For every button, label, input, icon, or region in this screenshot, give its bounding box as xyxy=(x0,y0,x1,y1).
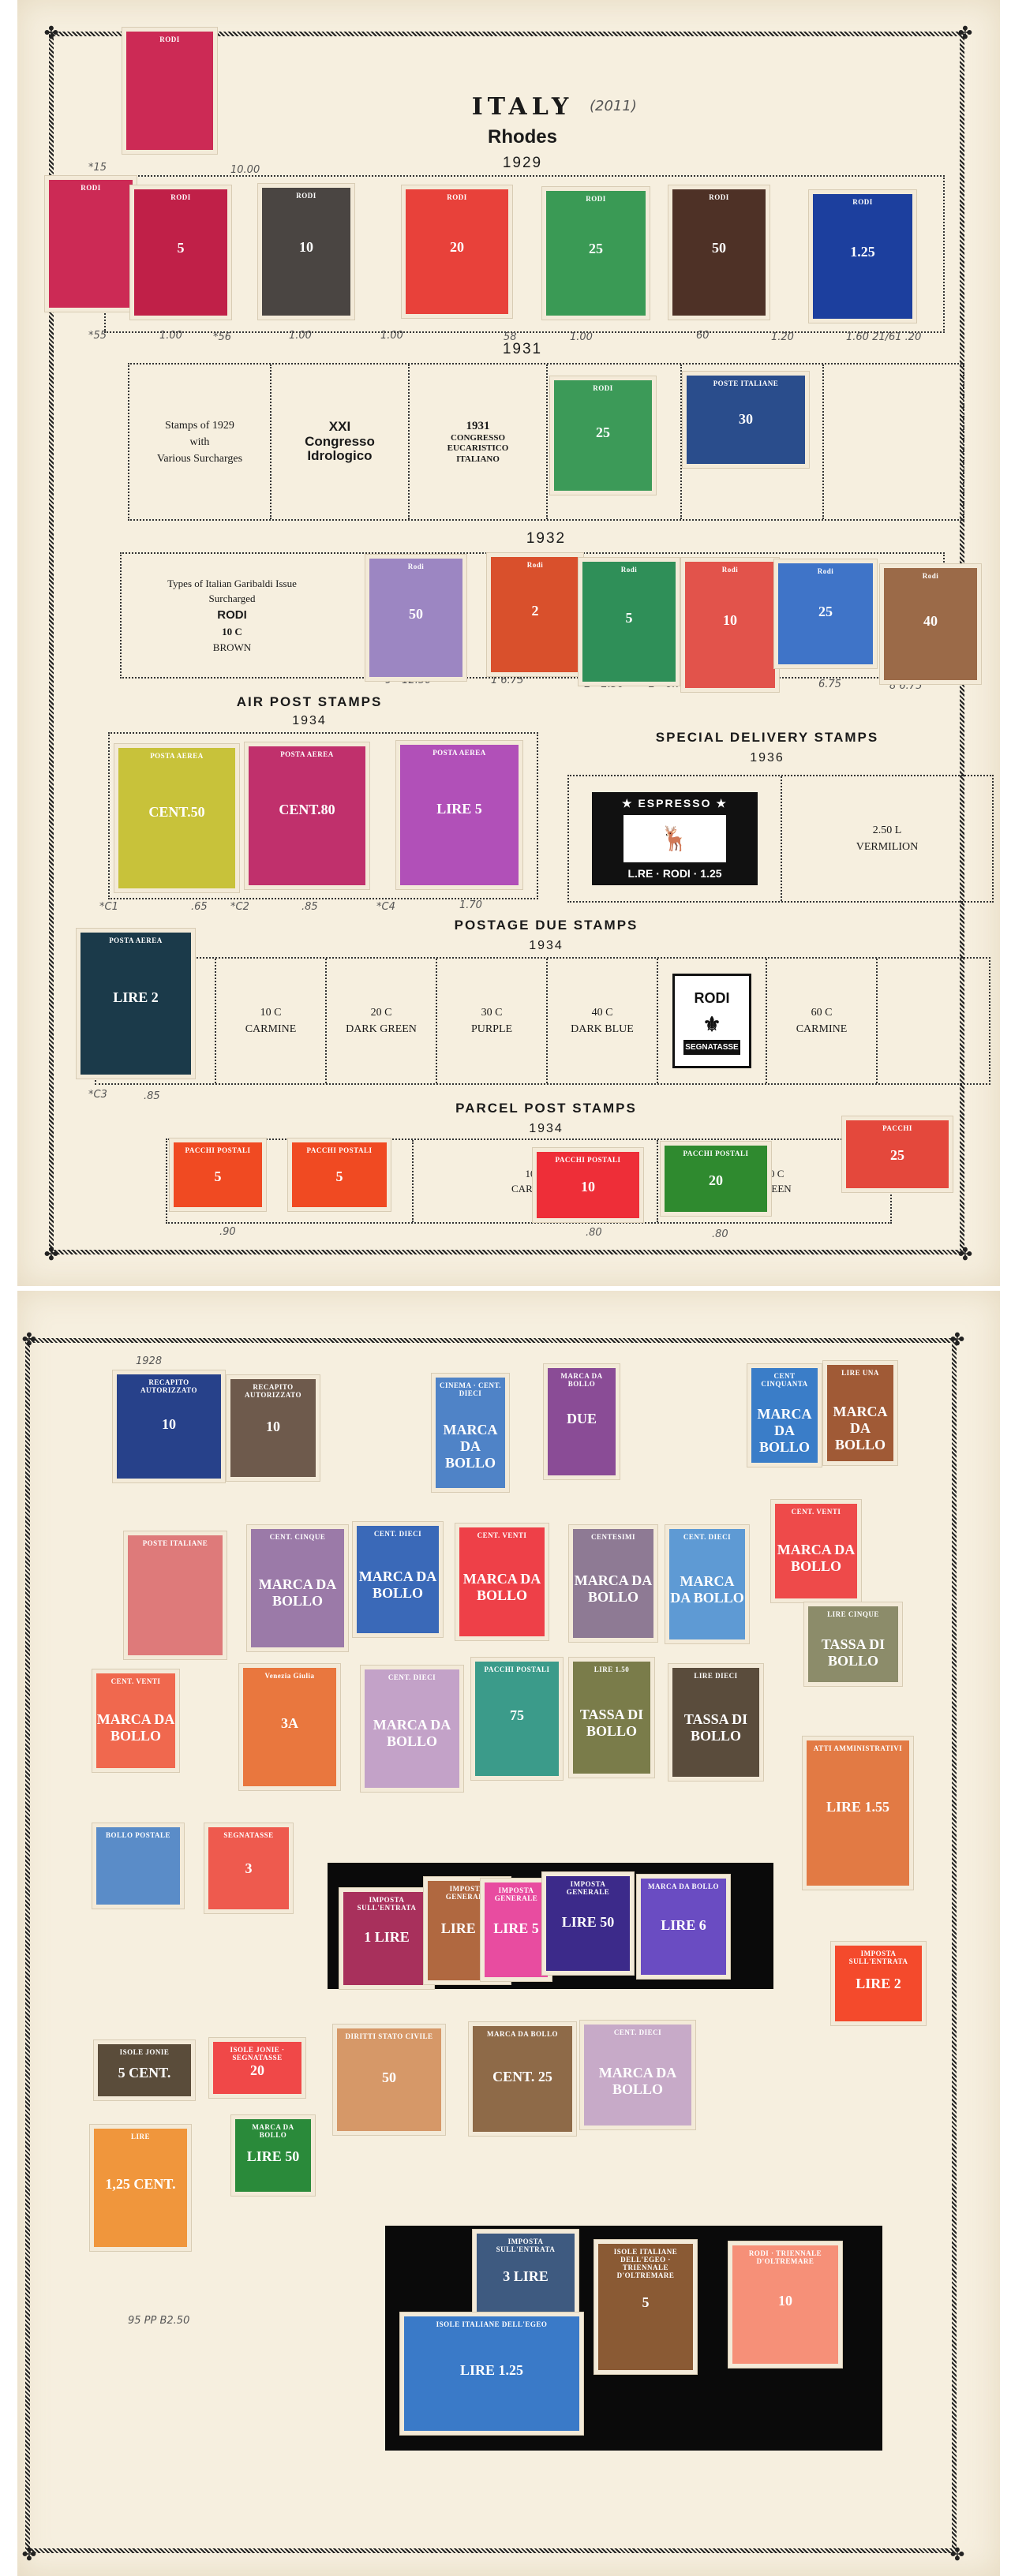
cell-text: DARK GREEN xyxy=(346,1021,417,1038)
cell-text: DARK BLUE xyxy=(571,1021,634,1038)
stamp-value: 10 xyxy=(262,239,350,256)
stamp-label: POSTA AEREA xyxy=(252,750,362,758)
stamp[interactable]: PACCHI POSTALI5 xyxy=(174,1142,262,1207)
stamp[interactable]: Rodi50 xyxy=(369,559,462,677)
stamp-label: Rodi xyxy=(373,563,459,570)
stamp-value: 5 xyxy=(598,2294,693,2311)
cell-text: XXI xyxy=(329,420,350,435)
stamp-value: 40 xyxy=(884,613,977,630)
stamp-label: POSTE ITALIANE xyxy=(690,379,802,387)
stamp-label: CENT. VENTI xyxy=(462,1531,541,1539)
stamp[interactable]: DIRITTI STATO CIVILE50 xyxy=(337,2028,441,2131)
stamp[interactable]: Rodi5 xyxy=(582,562,676,682)
stamp-label: RODI xyxy=(816,198,909,206)
stamp-label: LIRE UNA xyxy=(830,1369,890,1377)
stamp-value: MARCA DA BOLLO xyxy=(751,1406,818,1456)
stamp-value: LIRE 2 xyxy=(81,989,191,1006)
handwritten-annotation: .85 xyxy=(144,1090,160,1102)
stamp[interactable]: RODI xyxy=(126,32,213,150)
stamp-label: CENT. CINQUE xyxy=(254,1533,341,1541)
handwritten-annotation: *C2 xyxy=(230,901,249,913)
stamp[interactable]: RODI xyxy=(49,180,133,308)
stamp[interactable]: LIRE UNAMARCA DA BOLLO xyxy=(827,1365,893,1461)
stamp[interactable]: POSTE ITALIANE xyxy=(128,1535,223,1655)
stamp-value: MARCA DA BOLLO xyxy=(436,1422,505,1471)
stamp[interactable]: RODI5 xyxy=(134,189,227,316)
stamp-label: CENT CINQUANTA xyxy=(755,1372,814,1388)
stamp-label: PACCHI POSTALI xyxy=(478,1666,556,1673)
stamp-label: RECAPITO AUTORIZZATO xyxy=(234,1383,313,1399)
stamp[interactable]: RODI25 xyxy=(554,380,652,491)
stamp-value: LIRE 1.25 xyxy=(404,2362,579,2379)
stamp[interactable]: CENT. CINQUEMARCA DA BOLLO xyxy=(251,1529,344,1647)
stamp[interactable]: CENT CINQUANTAMARCA DA BOLLO xyxy=(751,1368,818,1463)
handwritten-annotation: .90 xyxy=(219,1226,236,1238)
stamp-row-special-delivery: ★ ESPRESSO ★ 🦌 L.RE · RODI · 1.25 2.50 L… xyxy=(567,775,994,903)
stamp-value: 10 xyxy=(685,612,775,629)
stamp-value: 10 xyxy=(537,1179,639,1195)
description-cell: 20 CDARK GREEN xyxy=(327,959,437,1083)
stamp-value: 1 LIRE xyxy=(343,1929,430,1946)
stamp[interactable]: Rodi40 xyxy=(884,568,977,680)
handwritten-annotation: *56 xyxy=(213,331,231,343)
stamp[interactable]: RODI1.25 xyxy=(813,194,912,319)
handwritten-annotation: *C1 xyxy=(99,901,118,913)
stamp[interactable]: CENT. VENTIMARCA DA BOLLO xyxy=(459,1527,545,1636)
year-heading: 1932 xyxy=(507,530,586,548)
handwritten-annotation: 1.00 xyxy=(570,331,593,343)
stamp[interactable]: ISOLE JONIE · SEGNATASSE20 xyxy=(213,2042,301,2094)
stamp[interactable]: RODI50 xyxy=(672,189,766,316)
stamp-row-1931: Stamps of 1929 with Various Surcharges X… xyxy=(128,363,964,521)
stamp-row-parcel-post: 10 CCARMINE 20 CGREEN xyxy=(166,1138,892,1224)
stamp[interactable]: Rodi25 xyxy=(778,563,873,664)
stamp-label: CENT. DIECI xyxy=(587,2028,688,2036)
cell-text: 40 C xyxy=(592,1004,613,1021)
stamp-value: 1.25 xyxy=(813,244,912,260)
stamp-label: CENTESIMI xyxy=(576,1533,650,1541)
handwritten-annotation: *15 xyxy=(88,162,107,174)
stamp[interactable]: PACCHI25 xyxy=(846,1120,949,1188)
handwritten-annotation: 1.20 xyxy=(771,331,794,343)
stamp-value: 50 xyxy=(672,240,766,256)
stamp-value: CENT.80 xyxy=(249,802,365,818)
stamp-value: LIRE 5 xyxy=(400,801,519,817)
stamp[interactable]: LIRE DIECITASSA DI BOLLO xyxy=(672,1668,759,1777)
stamp[interactable]: IMPOSTA SULL'ENTRATALIRE 2 xyxy=(835,1946,922,2021)
handwritten-annotation: 8 6.75 xyxy=(889,680,922,692)
stamp-label: CENT. DIECI xyxy=(360,1530,436,1538)
stamp[interactable]: CENT. VENTIMARCA DA BOLLO xyxy=(775,1504,857,1598)
handwritten-annotation: .80 xyxy=(712,1228,728,1240)
stamp-label: ISOLE ITALIANE DELL'EGEO · TRIENNALE D'O… xyxy=(601,2248,690,2279)
stamp-value: 30 xyxy=(687,411,805,428)
page-title-group: ITALY xyxy=(459,93,586,121)
stamp-label: RODI xyxy=(549,195,642,203)
stamp[interactable]: CENTESIMIMARCA DA BOLLO xyxy=(573,1529,653,1638)
stamp-label: CINEMA · CENT. DIECI xyxy=(439,1381,502,1397)
stamp-label: RODI xyxy=(129,36,210,43)
stamp-value: LIRE 6 xyxy=(641,1917,726,1934)
handwritten-annotation: 1 6.75 xyxy=(491,675,523,686)
stamp-label: IMPOSTA SULL'ENTRATA xyxy=(838,1950,919,1965)
stamp-label: BOLLO POSTALE xyxy=(99,1831,177,1839)
stamp-label: IMPOSTA SULL'ENTRATA xyxy=(346,1896,427,1912)
stamp-value: 10 xyxy=(230,1419,316,1435)
year-heading: 1936 xyxy=(728,751,807,765)
description-cell: 10 CCARMINE xyxy=(216,959,327,1083)
lily-icon: ⚜ xyxy=(702,1009,721,1040)
stamp-label: PACCHI POSTALI xyxy=(540,1156,636,1164)
stamp-label: Venezia Giulia xyxy=(246,1672,333,1680)
stamp-value: LIRE 5 xyxy=(485,1920,548,1937)
stamp[interactable]: POSTA AEREACENT.80 xyxy=(249,746,365,885)
stamp[interactable]: MARCA DA BOLLOLIRE 50 xyxy=(235,2119,311,2192)
stamp-row-postage-due: 10 CCARMINE 20 CDARK GREEN 30 CPURPLE 40… xyxy=(95,957,990,1085)
stamp-value: MARCA DA BOLLO xyxy=(669,1573,745,1606)
stamp-value: DUE xyxy=(548,1411,616,1427)
handwritten-annotation: (2011) xyxy=(590,98,637,114)
section-heading-postage-due: POSTAGE DUE STAMPS xyxy=(444,918,649,933)
stamp[interactable]: RODI20 xyxy=(406,189,508,314)
year-heading: 1934 xyxy=(270,714,349,728)
handwritten-annotation: 58 xyxy=(504,331,517,343)
stamp[interactable]: MARCA DA BOLLOCENT. 25 xyxy=(473,2026,572,2132)
section-heading-parcel-post: PARCEL POST STAMPS xyxy=(444,1101,649,1116)
stamp[interactable]: MARCA DA BOLLOLIRE 6 xyxy=(641,1879,726,1975)
handwritten-annotation: 1.60 21/61 .20 xyxy=(846,331,921,343)
description-cell: XXI Congresso Idrologico xyxy=(271,365,410,519)
stamp-value: 10 xyxy=(117,1416,221,1433)
handwritten-annotation: 1.00 xyxy=(159,330,182,342)
cell-text: CONGRESSO xyxy=(451,433,505,443)
stamp[interactable]: CENT. DIECIMARCA DA BOLLO xyxy=(365,1669,459,1788)
stamp-value: 50 xyxy=(337,2069,441,2086)
cell-text: 60 C xyxy=(811,1004,833,1021)
handwritten-annotation: .65 xyxy=(191,901,208,913)
stamp[interactable]: CENT. DIECIMARCA DA BOLLO xyxy=(584,2025,691,2125)
stamp-label: DIRITTI STATO CIVILE xyxy=(340,2032,438,2040)
stamp-label: Rodi xyxy=(494,561,576,569)
stamp-label: ISOLE ITALIANE DELL'EGEO xyxy=(407,2320,576,2328)
stamp-value: LIRE 2 xyxy=(835,1976,922,1992)
stamp[interactable]: IMPOSTA GENERALELIRE 50 xyxy=(546,1876,630,1971)
stamp[interactable]: ISOLE ITALIANE DELL'EGEOLIRE 1.25 xyxy=(404,2316,579,2431)
stamp[interactable]: RECAPITO AUTORIZZATO10 xyxy=(117,1374,221,1479)
handwritten-annotation: 1.70 xyxy=(459,899,482,911)
stamp-label: CENT. VENTI xyxy=(778,1508,854,1516)
stamp-label: IMPOSTA GENERALE xyxy=(488,1886,545,1902)
stamp[interactable]: PACCHI POSTALI10 xyxy=(537,1152,639,1218)
cell-text: Surcharged xyxy=(209,591,256,607)
corner-ornament-icon: ✤ xyxy=(955,24,975,44)
stamp-value: 25 xyxy=(846,1147,949,1164)
stamp-cell: ★ ESPRESSO ★ 🦌 L.RE · RODI · 1.25 xyxy=(569,776,782,901)
cell-text: 10 C xyxy=(260,1004,282,1021)
year-heading: 1929 xyxy=(483,155,562,172)
page-title: ITALY xyxy=(472,93,574,121)
handwritten-annotation: 1.00 xyxy=(289,330,312,342)
stamp[interactable]: PACCHI POSTALI75 xyxy=(475,1662,559,1776)
stamp-label: ISOLE JONIE xyxy=(101,2048,188,2056)
stamp[interactable]: MARCA DA BOLLODUE xyxy=(548,1368,616,1475)
stamp-value: TASSA DI BOLLO xyxy=(573,1707,650,1740)
handwritten-annotation: 6.75 xyxy=(818,679,841,690)
stamp-text: RODI xyxy=(695,988,730,1009)
stamp-label: POSTA AEREA xyxy=(84,937,188,944)
stamp[interactable]: POSTA AEREALIRE 5 xyxy=(400,745,519,885)
stamp-value: CENT.50 xyxy=(118,804,235,821)
stamp-value: MARCA DA BOLLO xyxy=(584,2065,691,2098)
stamp-label: LIRE xyxy=(97,2133,184,2140)
year-heading: 1931 xyxy=(483,341,562,358)
stamp-value: 5 xyxy=(582,610,676,626)
stamp-value: 75 xyxy=(475,1707,559,1724)
stamp-value: LIRE 50 xyxy=(235,2148,311,2165)
cell-text: VERMILION xyxy=(856,839,919,855)
stamp-label: RODI xyxy=(557,384,649,392)
stamp-label: Rodi xyxy=(688,566,772,574)
stamp-value: 10 xyxy=(732,2293,838,2309)
handwritten-price: 95 PP B2.50 xyxy=(128,2315,189,2327)
stamp-label: MARCA DA BOLLO xyxy=(238,2123,308,2139)
stamp[interactable]: Venezia Giulia3A xyxy=(243,1668,336,1786)
stamp-cell xyxy=(824,365,963,519)
cell-text: BROWN xyxy=(213,640,251,656)
stamp[interactable]: PACCHI POSTALI20 xyxy=(665,1146,767,1212)
stamp-label: POSTA AEREA xyxy=(403,749,515,757)
stamp-label: PACCHI POSTALI xyxy=(668,1150,764,1157)
description-cell: 40 CDARK BLUE xyxy=(548,959,658,1083)
stamp-label: Rodi xyxy=(887,572,974,580)
stamp[interactable]: LIRE CINQUETASSA DI BOLLO xyxy=(808,1606,898,1682)
cell-text: Stamps of 1929 xyxy=(165,417,234,434)
corner-ornament-icon: ✤ xyxy=(955,1245,975,1266)
stamp-label: PACCHI xyxy=(849,1124,945,1132)
stamp-label: LIRE DIECI xyxy=(676,1672,756,1680)
corner-ornament-icon: ✤ xyxy=(947,1330,968,1351)
stamp[interactable]: IMPOSTA GENERALELIRE 5 xyxy=(485,1882,548,1977)
gazelle-icon: 🦌 xyxy=(623,815,726,862)
stamp-value: MARCA DA BOLLO xyxy=(573,1572,653,1606)
stamp-value: LIRE 1.55 xyxy=(807,1799,909,1815)
stamp-value: 20 xyxy=(665,1172,767,1189)
stamp-text: L.RE xyxy=(627,867,653,880)
stamp-label: LIRE CINQUE xyxy=(811,1610,895,1618)
stamp[interactable]: ATTI AMMINISTRATIVILIRE 1.55 xyxy=(807,1740,909,1886)
stamp-label: RODI xyxy=(409,193,505,201)
stamp-label: RODI xyxy=(676,193,762,201)
handwritten-annotation: .80 xyxy=(586,1227,602,1239)
stamp-label: MARCA DA BOLLO xyxy=(551,1372,612,1388)
description-cell: 30 CPURPLE xyxy=(437,959,548,1083)
cell-text: CARMINE xyxy=(245,1021,297,1038)
album-page-rhodes: ✤ ✤ ✤ ✤ ITALY (2011) Rhodes 1929 1931 St… xyxy=(17,0,1000,1286)
cell-text: with xyxy=(190,434,210,451)
stamp-value: 3A xyxy=(243,1715,336,1732)
stamp[interactable]: CENT. DIECIMARCA DA BOLLO xyxy=(669,1529,745,1639)
cell-text: 10 C xyxy=(222,624,242,640)
stamp-label: MARCA DA BOLLO xyxy=(644,1882,723,1890)
description-cell: Stamps of 1929 with Various Surcharges xyxy=(129,365,271,519)
stamp-value: 5 xyxy=(174,1168,262,1185)
corner-ornament-icon: ✤ xyxy=(41,24,62,44)
stamp-text: 1.25 xyxy=(700,867,721,880)
stamp[interactable]: POSTA AEREACENT.50 xyxy=(118,748,235,888)
handwritten-annotation: 10.00 xyxy=(230,164,260,176)
stamp-cell: RODI ⚜ SEGNATASSE xyxy=(658,959,767,1083)
stamp-label: IMPOSTA SULL'ENTRATA xyxy=(480,2238,571,2253)
stamp-value: 5 CENT. xyxy=(98,2065,191,2081)
cell-text: 20 C xyxy=(765,1166,784,1182)
corner-ornament-icon: ✤ xyxy=(19,1330,39,1351)
stamp-value: MARCA DA BOLLO xyxy=(459,1571,545,1604)
cell-text: 30 C xyxy=(481,1004,503,1021)
stamp[interactable]: CENT. VENTIMARCA DA BOLLO xyxy=(96,1673,175,1768)
stamp-value: 50 xyxy=(369,606,462,623)
stamp-label: SEGNATASSE xyxy=(212,1831,286,1839)
year-heading: 1934 xyxy=(507,939,586,953)
stamp[interactable]: Rodi2 xyxy=(491,557,579,672)
stamp-value: 25 xyxy=(554,424,652,441)
stamp-value: 5 xyxy=(292,1168,387,1185)
stamp[interactable]: Rodi10 xyxy=(685,562,775,688)
stamp-value: TASSA DI BOLLO xyxy=(808,1636,898,1669)
stamp-label: MARCA DA BOLLO xyxy=(476,2030,569,2038)
stamp-label: POSTE ITALIANE xyxy=(131,1539,219,1547)
stamp[interactable]: IMPOSTA SULL'ENTRATA3 LIRE xyxy=(477,2234,575,2320)
stamp-label: POSTA AEREA xyxy=(122,752,232,760)
cell-text: ITALIANO xyxy=(456,454,500,465)
cell-text: 20 C xyxy=(371,1004,392,1021)
stamp-value: MARCA DA BOLLO xyxy=(827,1404,893,1453)
cell-text: Idrologico xyxy=(307,449,372,464)
cell-text: CARMINE xyxy=(796,1021,848,1038)
stamp-label: RODI xyxy=(137,193,224,201)
handwritten-annotation: *C3 xyxy=(88,1089,107,1101)
cell-text: 1931 xyxy=(466,419,490,433)
stamp-label: CENT. DIECI xyxy=(672,1533,742,1541)
stamp-value: 25 xyxy=(546,241,646,257)
stamp-value: MARCA DA BOLLO xyxy=(96,1711,175,1744)
stamp-label: RODI · TRIENNALE D'OLTREMARE xyxy=(736,2249,835,2265)
handwritten-annotation: .85 xyxy=(301,901,318,913)
stamp[interactable]: RODI10 xyxy=(262,188,350,316)
cell-text: PURPLE xyxy=(471,1021,512,1038)
postage-due-printed-illustration: RODI ⚜ SEGNATASSE xyxy=(672,974,751,1068)
handwritten-year: 1928 xyxy=(136,1355,162,1367)
stamp-value: CENT. 25 xyxy=(473,2069,572,2085)
stamp-label: PACCHI POSTALI xyxy=(295,1146,384,1154)
stamp-label: ISOLE JONIE · SEGNATASSE xyxy=(216,2046,298,2062)
stamp[interactable]: POSTE ITALIANE30 xyxy=(687,376,805,464)
stamp-label: Rodi xyxy=(586,566,672,574)
description-cell: 1931 CONGRESSO EUCARISTICO ITALIANO xyxy=(410,365,548,519)
stamp[interactable]: IMPOSTA SULL'ENTRATA1 LIRE xyxy=(343,1892,430,1985)
stamp[interactable]: CENT. DIECIMARCA DA BOLLO xyxy=(357,1526,439,1633)
stamp[interactable]: LIRE 1.50TASSA DI BOLLO xyxy=(573,1662,650,1774)
stamp-value: MARCA DA BOLLO xyxy=(775,1542,857,1575)
handwritten-annotation: 60 xyxy=(696,330,710,342)
stamp-value: MARCA DA BOLLO xyxy=(365,1717,459,1750)
stamp-value: 2 xyxy=(491,603,579,619)
stamp[interactable]: BOLLO POSTALE xyxy=(96,1827,180,1905)
stamp[interactable]: ISOLE JONIE5 CENT. xyxy=(98,2044,191,2096)
stamp-cell xyxy=(878,959,989,1083)
page-subtitle: Rhodes xyxy=(444,126,601,148)
corner-ornament-icon: ✤ xyxy=(19,2545,39,2566)
stamp-value: 20 xyxy=(213,2062,301,2079)
stamp[interactable]: LIRE1,25 CENT. xyxy=(94,2129,187,2247)
stamp-text: SEGNATASSE xyxy=(683,1040,740,1055)
cell-text: Various Surcharges xyxy=(157,451,242,467)
cell-text: Congresso xyxy=(305,435,375,450)
section-heading-air-post: AIR POST STAMPS xyxy=(230,694,388,710)
stamp[interactable]: RODI25 xyxy=(546,191,646,316)
stamp-label: LIRE 1.50 xyxy=(576,1666,647,1673)
description-cell: Types of Italian Garibaldi Issue Surchar… xyxy=(122,554,343,677)
corner-ornament-icon: ✤ xyxy=(41,1245,62,1266)
stamp-value: 20 xyxy=(406,239,508,256)
cell-text: EUCARISTICO xyxy=(447,443,509,454)
stamp-value: 3 xyxy=(208,1860,289,1877)
stamp-label: ATTI AMMINISTRATIVI xyxy=(810,1744,906,1752)
stamp-value: MARCA DA BOLLO xyxy=(251,1576,344,1610)
stamp[interactable]: RECAPITO AUTORIZZATO10 xyxy=(230,1379,316,1477)
stamp-value: MARCA DA BOLLO xyxy=(357,1568,439,1602)
album-page-miscellaneous: ✤ ✤ ✤ ✤ 1928 EY1 EY2 95 PP B2.50 RECAPIT… xyxy=(17,1291,1000,2576)
stamp[interactable]: CINEMA · CENT. DIECIMARCA DA BOLLO xyxy=(436,1378,505,1488)
stamp-label: RECAPITO AUTORIZZATO xyxy=(120,1378,218,1394)
stamp-label: CENT. DIECI xyxy=(368,1673,456,1681)
cell-text: Types of Italian Garibaldi Issue xyxy=(167,576,297,592)
stamp[interactable]: SEGNATASSE3 xyxy=(208,1827,289,1909)
handwritten-annotation: *55 xyxy=(88,330,107,342)
section-heading-special-delivery: SPECIAL DELIVERY STAMPS xyxy=(649,730,886,746)
stamp-text: L.RE · RODI · 1.25 xyxy=(627,866,721,882)
special-delivery-printed-illustration: ★ ESPRESSO ★ 🦌 L.RE · RODI · 1.25 xyxy=(592,792,758,885)
stamp-value: 3 LIRE xyxy=(477,2268,575,2285)
stamp-label: IMPOSTA GENERALE xyxy=(549,1880,627,1896)
handwritten-annotation: *C4 xyxy=(376,901,395,913)
stamp-value: 25 xyxy=(778,604,873,620)
description-cell: 2.50 L VERMILION xyxy=(782,776,992,901)
stamp-value: 1,25 CENT. xyxy=(94,2176,187,2193)
stamp-label: CENT. VENTI xyxy=(99,1677,172,1685)
stamp-text: RODI xyxy=(663,867,691,880)
handwritten-annotation: 1.00 xyxy=(380,330,403,342)
stamp[interactable]: POSTA AEREALIRE 2 xyxy=(81,933,191,1075)
stamp-value: LIRE 50 xyxy=(546,1914,630,1931)
year-heading: 1934 xyxy=(507,1122,586,1136)
stamp-value: TASSA DI BOLLO xyxy=(672,1711,759,1744)
stamp[interactable]: ISOLE ITALIANE DELL'EGEO · TRIENNALE D'O… xyxy=(598,2244,693,2370)
stamp-label: RODI xyxy=(52,184,129,192)
stamp[interactable]: PACCHI POSTALI5 xyxy=(292,1142,387,1207)
stamp-text: ★ ESPRESSO ★ xyxy=(622,795,728,812)
cell-text: 2.50 L xyxy=(873,822,902,839)
stamp-label: PACCHI POSTALI xyxy=(177,1146,259,1154)
stamp-label: Rodi xyxy=(781,567,870,575)
stamp[interactable]: RODI · TRIENNALE D'OLTREMARE10 xyxy=(732,2245,838,2364)
description-cell: 60 CCARMINE xyxy=(767,959,878,1083)
stamp-label: RODI xyxy=(265,192,347,200)
corner-ornament-icon: ✤ xyxy=(947,2545,968,2566)
cell-text: RODI xyxy=(217,607,247,625)
stamp-value: 5 xyxy=(134,240,227,256)
